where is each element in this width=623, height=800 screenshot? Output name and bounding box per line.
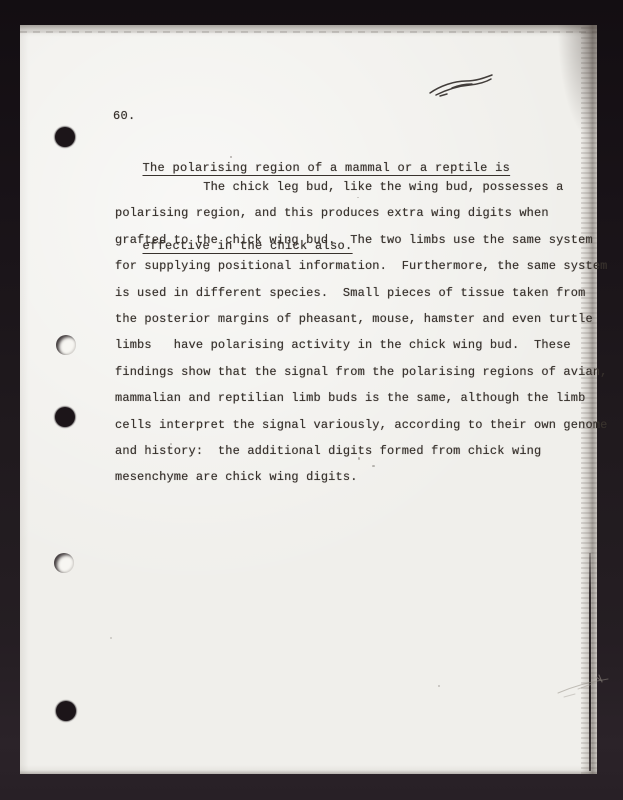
body-line: grafted to the chick wing bud. The two l…: [115, 227, 608, 253]
item-number: 60.: [113, 103, 136, 129]
paper-speck: [230, 156, 232, 158]
body-line: The chick leg bud, like the wing bud, po…: [115, 174, 608, 200]
body-line: mesenchyme are chick wing digits.: [115, 464, 608, 490]
pencil-smudge: [556, 665, 610, 705]
paper-speck: [110, 637, 112, 639]
body-line: polarising region, and this produces ext…: [115, 200, 608, 226]
body-text: The chick leg bud, like the wing bud, po…: [115, 174, 608, 491]
handwritten-scribble: [426, 71, 498, 101]
body-line: for supplying positional information. Fu…: [115, 253, 608, 279]
paper-corner-shadow: [557, 25, 597, 145]
body-line: and history: the additional digits forme…: [115, 438, 608, 464]
photo-backdrop: 60. The polarising region of a mammal or…: [0, 0, 623, 800]
punch-hole: [56, 701, 76, 721]
body-line: findings show that the signal from the p…: [115, 359, 608, 385]
paper-speck: [170, 443, 172, 445]
punch-hole: [55, 407, 75, 427]
paper-edge-bottom-shadow: [20, 770, 597, 774]
punch-hole: [55, 127, 75, 147]
punch-hole: [54, 553, 74, 573]
body-line: limbs have polarising activity in the ch…: [115, 332, 608, 358]
paper-speck: [372, 465, 375, 467]
underlying-page-edge-line: [589, 553, 591, 771]
body-line: is used in different species. Small piec…: [115, 280, 608, 306]
body-line: the posterior margins of pheasant, mouse…: [115, 306, 608, 332]
paper-speck: [358, 457, 360, 460]
punch-hole: [56, 335, 76, 355]
document-page: 60. The polarising region of a mammal or…: [20, 25, 597, 774]
body-line: cells interpret the signal variously, ac…: [115, 412, 608, 438]
paper-edge-top-shadow: [20, 25, 597, 34]
paper-speck: [438, 685, 440, 687]
paper-speck: [357, 197, 359, 198]
body-line: mammalian and reptilian limb buds is the…: [115, 385, 608, 411]
